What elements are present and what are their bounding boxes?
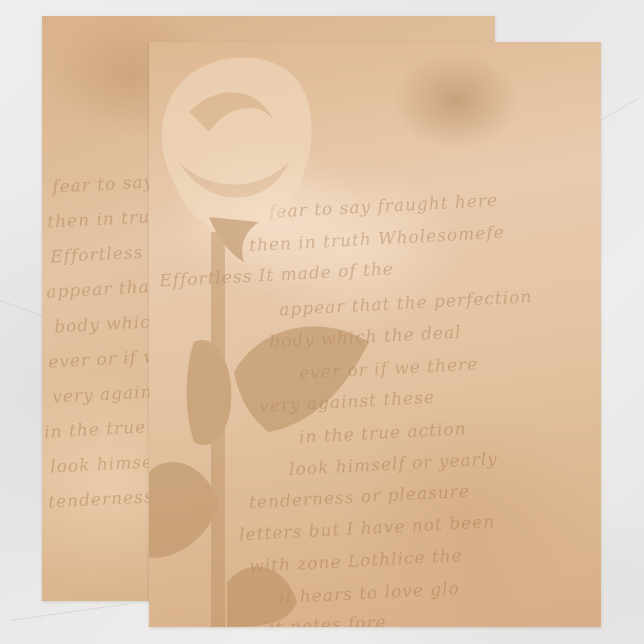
front-parchment-sheet: fear to say fraught here then in truth W… — [149, 42, 601, 627]
marble-vein — [600, 98, 639, 121]
rose-illustration — [149, 42, 601, 627]
marble-vein — [10, 603, 129, 621]
